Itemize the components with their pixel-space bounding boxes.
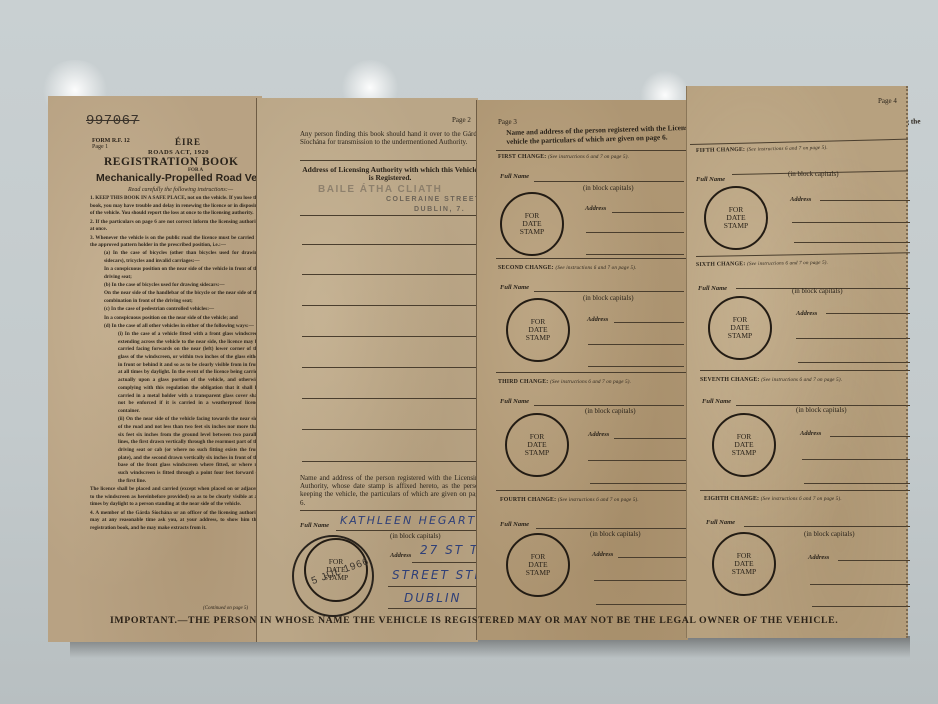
address-line: [302, 305, 476, 306]
address-field[interactable]: [614, 438, 686, 439]
address-line: [302, 367, 476, 368]
address-field[interactable]: [588, 344, 684, 345]
date-stamp-circle: FORDATESTAMP: [704, 186, 768, 250]
finder-notice: Any person finding this book should hand…: [300, 130, 480, 146]
authority-stamp-line: BAILE ÁTHA CLIATH: [318, 184, 442, 195]
address-field[interactable]: [804, 483, 910, 484]
instruction-item: (d) In the case of all other vehicles in…: [90, 323, 260, 331]
act-label: ROADS ACT, 1920: [148, 149, 209, 156]
fourth-change-heading: FOURTH CHANGE: (See instructions 6 and 7…: [500, 497, 639, 503]
divider: [700, 490, 910, 491]
full-name-field[interactable]: [744, 526, 910, 527]
full-name-label: Full Name: [300, 522, 329, 529]
instruction-item: (ii) On the near side of the vehicle fac…: [90, 416, 260, 485]
address-field[interactable]: [612, 212, 684, 213]
instruction-item: (a) In the case of bicycles (other than …: [90, 250, 260, 265]
divider: [300, 160, 476, 161]
address-label: Address: [790, 196, 811, 203]
address-field[interactable]: [586, 232, 684, 233]
divider: [496, 258, 686, 259]
address-field[interactable]: [792, 222, 910, 223]
registration-booklet: 997067 FORM R.F. 12 Page 1 ÉIRE ROADS AC…: [0, 0, 938, 704]
address-label: Address: [808, 554, 829, 561]
address-field[interactable]: [590, 483, 686, 484]
address-line: [388, 608, 484, 609]
address-field[interactable]: [614, 322, 684, 323]
address-line: [302, 429, 476, 430]
address-field[interactable]: [812, 606, 910, 607]
full-name-line: [336, 530, 484, 531]
authority-stamp-line: COLERAINE STREET,: [386, 196, 483, 203]
address-label: Address: [587, 316, 608, 323]
address-field[interactable]: [796, 338, 910, 339]
full-name-field[interactable]: [534, 405, 684, 406]
document-subtitle: Mechanically-Propelled Road Vehicle: [96, 172, 281, 184]
address-field[interactable]: [810, 584, 910, 585]
address-field[interactable]: [588, 460, 686, 461]
block-capitals-note: (in block capitals): [804, 530, 855, 538]
address-line: [412, 562, 484, 563]
instruction-item: 3. Whenever the vehicle is on the public…: [90, 235, 260, 250]
serial-number: 997067: [86, 113, 139, 129]
full-name-field[interactable]: [534, 291, 684, 292]
page-number: Page 3: [498, 118, 517, 126]
address-line: [300, 215, 476, 216]
instruction-item: In a conspicuous position on the near si…: [90, 315, 260, 323]
instruction-item: (c) In the case of pedestrian controlled…: [90, 306, 260, 314]
address-field[interactable]: [820, 200, 910, 201]
full-name-field[interactable]: [536, 528, 688, 529]
eighth-change-heading: EIGHTH CHANGE: (See instructions 6 and 7…: [704, 496, 842, 502]
instruction-item: (i) In the case of a vehicle fitted with…: [90, 331, 260, 416]
full-name-label: Full Name: [696, 176, 725, 183]
instructions-heading: Read carefully the following instruction…: [128, 187, 233, 193]
date-stamp-circle: FORDATESTAMP: [500, 192, 564, 256]
block-capitals-note: (in block capitals): [792, 287, 843, 295]
date-stamp-circle: FORDATESTAMP: [712, 532, 776, 596]
address-label: Address: [390, 552, 411, 559]
instruction-item: In a conspicuous position on the near si…: [90, 266, 260, 281]
instruction-item: (b) In the case of bicycles used for dra…: [90, 282, 260, 290]
address-line: [302, 336, 476, 337]
divider: [496, 490, 686, 491]
full-name-field[interactable]: [534, 181, 684, 182]
registrant-notice: Name and address of the person registere…: [300, 474, 482, 507]
address-label: Address: [588, 431, 609, 438]
address-line: [388, 586, 484, 587]
date-stamp-circle: FORDATESTAMP: [506, 298, 570, 362]
authority-stamp-line: DUBLIN, 7.: [414, 206, 465, 213]
address-field[interactable]: [826, 313, 910, 314]
date-stamp-circle: FORDATESTAMP: [505, 413, 569, 477]
divider: [496, 150, 686, 151]
address-line-3[interactable]: DUBLIN: [404, 591, 461, 605]
address-line: [302, 274, 476, 275]
country-label: ÉIRE: [175, 137, 201, 147]
full-name-label: Full Name: [500, 284, 529, 291]
address-field[interactable]: [596, 604, 688, 605]
full-name-label: Full Name: [500, 521, 529, 528]
address-field[interactable]: [594, 580, 688, 581]
instructions-list: 1. KEEP THIS BOOK IN A SAFE PLACE, not o…: [90, 195, 260, 533]
authority-heading: Address of Licensing Authority with whic…: [300, 166, 480, 182]
address-line: [302, 244, 476, 245]
continued-note: (Continued on page 5): [203, 606, 248, 611]
address-label: Address: [592, 551, 613, 558]
block-capitals-note: (in block capitals): [585, 407, 636, 415]
address-field[interactable]: [838, 560, 910, 561]
divider: [300, 510, 482, 511]
address-label: Address: [796, 310, 817, 317]
block-capitals-note: (in block capitals): [583, 294, 634, 302]
full-name-label: Full Name: [500, 398, 529, 405]
address-field[interactable]: [586, 254, 684, 255]
address-field[interactable]: [588, 366, 684, 367]
address-label: Address: [585, 205, 606, 212]
date-stamp-circle: FORDATESTAMP: [708, 296, 772, 360]
address-field[interactable]: [794, 242, 910, 243]
address-line: [302, 398, 476, 399]
page-number: Page 2: [452, 116, 471, 124]
full-name-label: Full Name: [702, 398, 731, 405]
date-stamp-circle: FORDATESTAMP: [506, 533, 570, 597]
second-change-heading: SECOND CHANGE: (See instructions 6 and 7…: [498, 265, 636, 271]
block-capitals-note: (in block capitals): [788, 170, 839, 178]
address-line: [302, 461, 476, 462]
block-capitals-note: (in block capitals): [583, 184, 634, 192]
instruction-item: 4. A member of the Gárda Síochána or an …: [90, 510, 260, 533]
full-name-label: Full Name: [706, 519, 735, 526]
address-field[interactable]: [830, 436, 910, 437]
divider: [496, 372, 686, 373]
page-number: Page 4: [878, 97, 897, 105]
block-capitals-note: (in block capitals): [390, 532, 441, 540]
block-capitals-note: (in block capitals): [796, 406, 847, 414]
address-field[interactable]: [802, 459, 910, 460]
date-stamp-circle: FORDATESTAMP: [712, 413, 776, 477]
full-name-label: Full Name: [500, 173, 529, 180]
instruction-item: 2. If the particulars on page 6 are not …: [90, 219, 260, 234]
block-capitals-note: (in block capitals): [590, 530, 641, 538]
instruction-item: The licence shall be placed and carried …: [90, 486, 260, 509]
first-change-heading: FIRST CHANGE: (See instructions 6 and 7 …: [498, 154, 629, 160]
full-name-label: Full Name: [698, 285, 727, 292]
address-label: Address: [800, 430, 821, 437]
seventh-change-heading: SEVENTH CHANGE: (See instructions 6 and …: [700, 377, 842, 383]
page-number: Page 1: [92, 144, 108, 150]
address-field[interactable]: [798, 362, 910, 363]
important-notice: IMPORTANT.—THE PERSON IN WHOSE NAME THE …: [110, 615, 838, 626]
instruction-item: 1. KEEP THIS BOOK IN A SAFE PLACE, not o…: [90, 195, 260, 218]
address-field[interactable]: [618, 557, 688, 558]
full-name-value[interactable]: KATHLEEN HEGARTY: [340, 514, 485, 527]
divider: [700, 370, 910, 371]
instruction-item: On the near side of the handlebar of the…: [90, 290, 260, 305]
document-title: REGISTRATION BOOK: [104, 156, 239, 168]
third-change-heading: THIRD CHANGE: (See instructions 6 and 7 …: [498, 379, 631, 385]
